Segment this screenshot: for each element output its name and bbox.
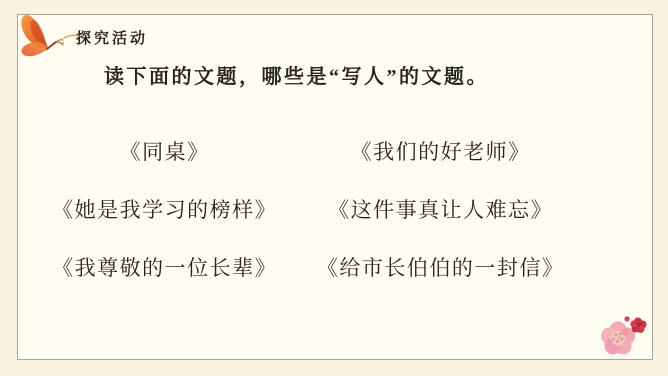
essay-title: 《给市长伯伯的一封信》 (291, 238, 590, 296)
section-header: 探究活动 (76, 27, 148, 48)
essay-title: 《她是我学习的榜样》 (38, 180, 291, 238)
essay-title: 《我们的好老师》 (291, 122, 590, 180)
essay-title: 《我尊敬的一位长辈》 (38, 238, 291, 296)
presentation-slide-page: { "page": { "background_color": "#f8f2e1… (0, 0, 668, 376)
essay-title: 《这件事真让人难忘》 (291, 180, 590, 238)
essay-title: 《同桌》 (38, 122, 291, 180)
instruction-text: 读下面的文题，哪些是“写人”的文题。 (104, 60, 489, 89)
plum-blossom-icon (594, 308, 660, 364)
essay-title-list: 《同桌》 《我们的好老师》 《她是我学习的榜样》 《这件事真让人难忘》 《我尊敬… (38, 122, 590, 296)
butterfly-icon (14, 8, 86, 64)
